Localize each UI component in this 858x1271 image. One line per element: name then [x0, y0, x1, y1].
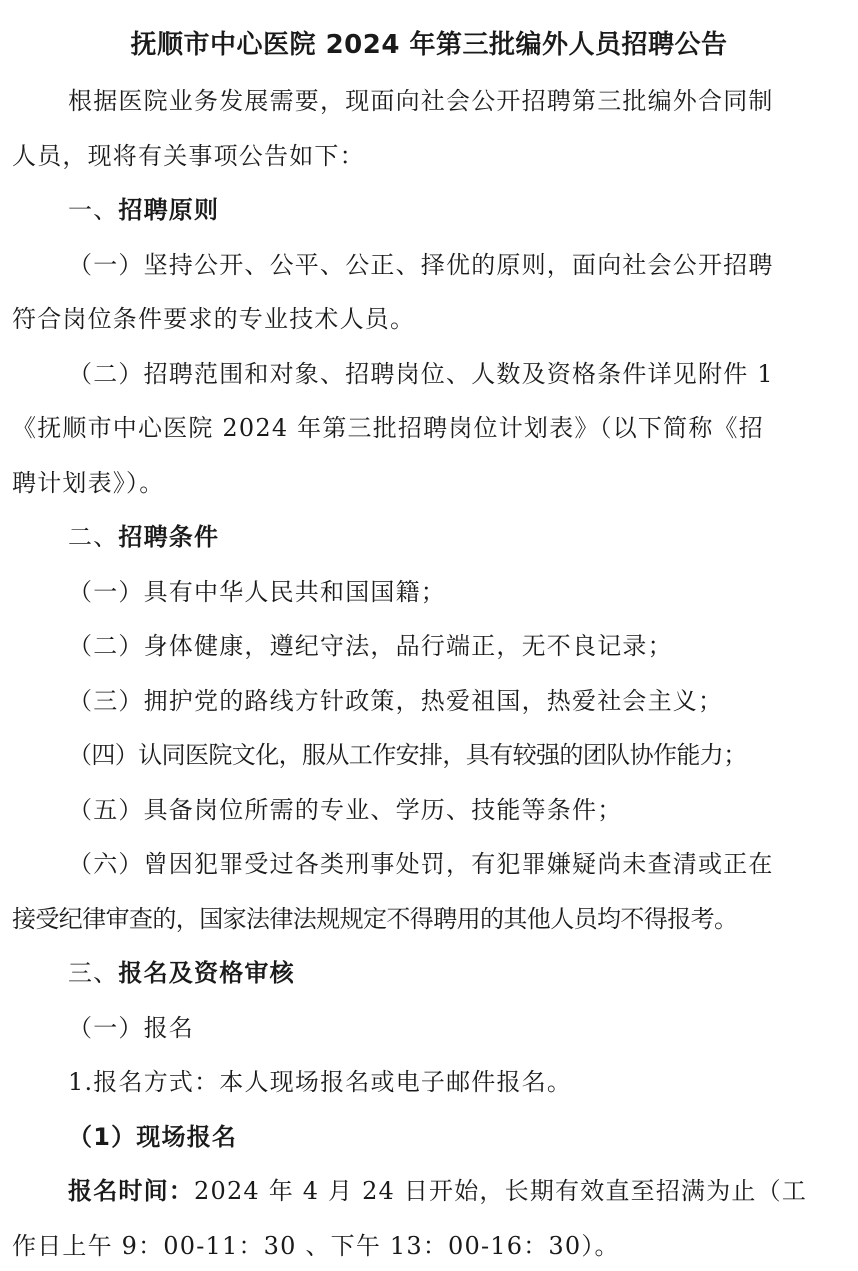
registration-subheading: （一）报名: [12, 1001, 858, 1056]
condition-item-5: （五）具备岗位所需的专业、学历、技能等条件；: [12, 783, 858, 838]
onsite-registration-heading: （1）现场报名: [12, 1110, 858, 1165]
section-heading-principles: 一、招聘原则: [12, 183, 858, 238]
principle-item-2-line-1: （二）招聘范围和对象、招聘岗位、人数及资格条件详见附件 1: [12, 347, 858, 402]
section-title: 报名及资格审核: [118, 959, 294, 987]
section-heading-conditions: 二、招聘条件: [12, 510, 858, 565]
condition-item-4: （四）认同医院文化，服从工作安排，具有较强的团队协作能力；: [12, 728, 858, 783]
section-number: 二、: [68, 523, 118, 551]
principle-item-2-line-3: 聘计划表》）。: [12, 456, 858, 511]
condition-item-6-line-2: 接受纪律审查的，国家法律法规规定不得聘用的其他人员均不得报考。: [12, 892, 858, 947]
section-number: 一、: [68, 196, 118, 224]
condition-item-1: （一）具有中华人民共和国国籍；: [12, 565, 858, 620]
condition-item-6-line-1: （六）曾因犯罪受过各类刑事处罚，有犯罪嫌疑尚未查清或正在: [12, 837, 858, 892]
section-title: 招聘原则: [118, 196, 219, 224]
document-page: 抚顺市中心医院 2024 年第三批编外人员招聘公告 根据医院业务发展需要，现面向…: [0, 0, 858, 1271]
registration-time-line-1: 报名时间：2024 年 4 月 24 日开始，长期有效直至招满为止（工: [12, 1164, 858, 1219]
section-title: 招聘条件: [118, 523, 219, 551]
principle-item-1-line-2: 符合岗位条件要求的专业技术人员。: [12, 292, 858, 347]
registration-time-value: 2024 年 4 月 24 日开始，长期有效直至招满为止（工: [194, 1177, 807, 1205]
registration-time-line-2: 作日上午 9：00-11：30 、下午 13：00-16：30）。: [12, 1219, 858, 1271]
principle-item-1-line-1: （一）坚持公开、公平、公正、择优的原则，面向社会公开招聘: [12, 238, 858, 293]
principle-item-2-line-2: 《抚顺市中心医院 2024 年第三批招聘岗位计划表》（以下简称《招: [12, 401, 858, 456]
registration-method: 1.报名方式：本人现场报名或电子邮件报名。: [12, 1055, 858, 1110]
section-heading-registration: 三、报名及资格审核: [12, 946, 858, 1001]
intro-line-1: 根据医院业务发展需要，现面向社会公开招聘第三批编外合同制: [12, 74, 858, 129]
section-number: 三、: [68, 959, 118, 987]
document-title: 抚顺市中心医院 2024 年第三批编外人员招聘公告: [12, 0, 858, 62]
condition-item-3: （三）拥护党的路线方针政策，热爱祖国，热爱社会主义；: [12, 674, 858, 729]
condition-item-2: （二）身体健康，遵纪守法，品行端正，无不良记录；: [12, 619, 858, 674]
registration-time-label: 报名时间：: [68, 1177, 194, 1205]
intro-line-2: 人员，现将有关事项公告如下：: [12, 129, 858, 184]
